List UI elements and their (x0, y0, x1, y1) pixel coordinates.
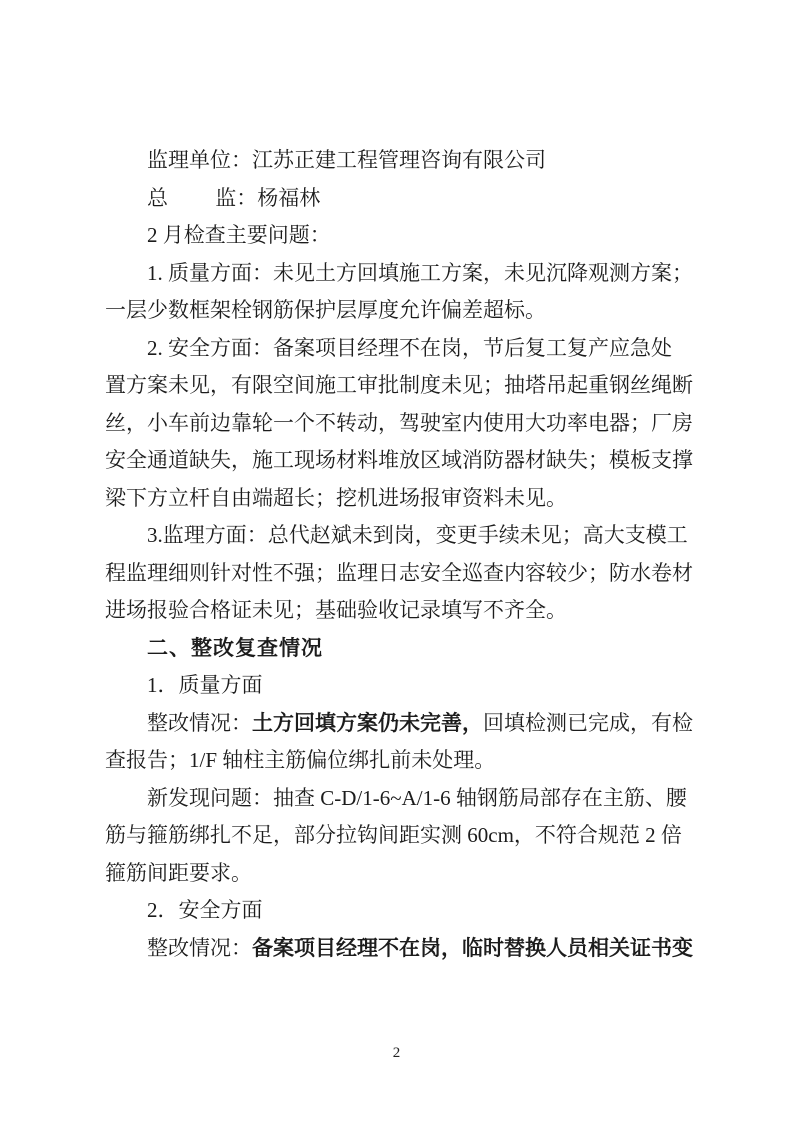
bold-text-segment: 备案项目经理不在岗，临时替换人员相关证书变 (252, 937, 693, 960)
text-line: 置方案未见，有限空间施工审批制度未见；抽塔吊起重钢丝绳断 (105, 367, 695, 405)
text-segment: 丝，小车前边靠轮一个不转动，驾驶室内使用大功率电器；厂房 (105, 411, 693, 435)
text-segment: 1．质量方面 (147, 673, 263, 697)
text-line: 1．质量方面 (105, 667, 695, 705)
text-segment: 一层少数框架栓钢筋保护层厚度允许偏差超标。 (105, 298, 546, 322)
text-segment: 筋与箍筋绑扎不足，部分拉钩间距实测 60cm，不符合规范 2 倍 (105, 823, 682, 847)
text-line: 一层少数框架栓钢筋保护层厚度允许偏差超标。 (105, 292, 695, 330)
page-footer: 2 (0, 1045, 793, 1062)
text-line: 1. 质量方面：未见土方回填施工方案，未见沉降观测方案； (105, 255, 695, 293)
text-line: 进场报验合格证未见；基础验收记录填写不齐全。 (105, 592, 695, 630)
text-line: 总 监：杨福林 (105, 180, 695, 218)
text-segment: 整改情况： (147, 711, 252, 735)
text-line: 丝，小车前边靠轮一个不转动，驾驶室内使用大功率电器；厂房 (105, 405, 695, 443)
text-segment: 查报告；1/F 轴柱主筋偏位绑扎前未处理。 (105, 748, 495, 772)
text-segment: 2. 安全方面：备案项目经理不在岗，节后复工复产应急处 (147, 336, 672, 360)
page-number: 2 (393, 1045, 401, 1061)
text-segment: 2．安全方面 (147, 898, 263, 922)
document-body: 监理单位：江苏正建工程管理咨询有限公司总 监：杨福林2 月检查主要问题：1. 质… (105, 142, 695, 967)
text-line: 整改情况：备案项目经理不在岗，临时替换人员相关证书变 (105, 930, 695, 968)
text-segment: 监理单位：江苏正建工程管理咨询有限公司 (147, 148, 546, 172)
text-segment: 程监理细则针对性不强；监理日志安全巡查内容较少；防水卷材 (105, 561, 693, 585)
text-line: 程监理细则针对性不强；监理日志安全巡查内容较少；防水卷材 (105, 555, 695, 593)
text-line: 新发现问题：抽查 C-D/1-6~A/1-6 轴钢筋局部存在主筋、腰 (105, 780, 695, 818)
text-segment: 2 月检查主要问题： (147, 223, 331, 247)
text-line: 梁下方立杆自由端超长；挖机进场报审资料未见。 (105, 480, 695, 518)
text-segment: 1. 质量方面：未见土方回填施工方案，未见沉降观测方案； (147, 261, 693, 285)
document-page: 监理单位：江苏正建工程管理咨询有限公司总 监：杨福林2 月检查主要问题：1. 质… (0, 0, 793, 1122)
text-segment: 进场报验合格证未见；基础验收记录填写不齐全。 (105, 598, 567, 622)
text-line: 3.监理方面：总代赵斌未到岗，变更手续未见；高大支模工 (105, 517, 695, 555)
text-segment: 新发现问题：抽查 C-D/1-6~A/1-6 轴钢筋局部存在主筋、腰 (147, 786, 687, 810)
bold-text-segment: 二、整改复查情况 (147, 637, 323, 660)
text-line: 整改情况：土方回填方案仍未完善，回填检测已完成，有检 (105, 705, 695, 743)
text-segment: 3.监理方面：总代赵斌未到岗，变更手续未见；高大支模工 (147, 523, 688, 547)
text-line: 筋与箍筋绑扎不足，部分拉钩间距实测 60cm，不符合规范 2 倍 (105, 817, 695, 855)
text-segment: 整改情况： (147, 936, 252, 960)
text-line: 2. 安全方面：备案项目经理不在岗，节后复工复产应急处 (105, 330, 695, 368)
text-segment: 总 监：杨福林 (147, 186, 320, 210)
text-line: 2 月检查主要问题： (105, 217, 695, 255)
text-line: 2．安全方面 (105, 892, 695, 930)
text-segment: 置方案未见，有限空间施工审批制度未见；抽塔吊起重钢丝绳断 (105, 373, 693, 397)
text-line: 箍筋间距要求。 (105, 855, 695, 893)
text-line: 安全通道缺失，施工现场材料堆放区域消防器材缺失；模板支撑 (105, 442, 695, 480)
text-segment: 回填检测已完成，有检 (483, 711, 693, 735)
text-segment: 安全通道缺失，施工现场材料堆放区域消防器材缺失；模板支撑 (105, 448, 693, 472)
section-heading-line: 二、整改复查情况 (105, 630, 695, 668)
text-line: 监理单位：江苏正建工程管理咨询有限公司 (105, 142, 695, 180)
text-segment: 梁下方立杆自由端超长；挖机进场报审资料未见。 (105, 486, 567, 510)
text-segment: 箍筋间距要求。 (105, 861, 252, 885)
text-line: 查报告；1/F 轴柱主筋偏位绑扎前未处理。 (105, 742, 695, 780)
bold-text-segment: 土方回填方案仍未完善， (252, 712, 483, 735)
